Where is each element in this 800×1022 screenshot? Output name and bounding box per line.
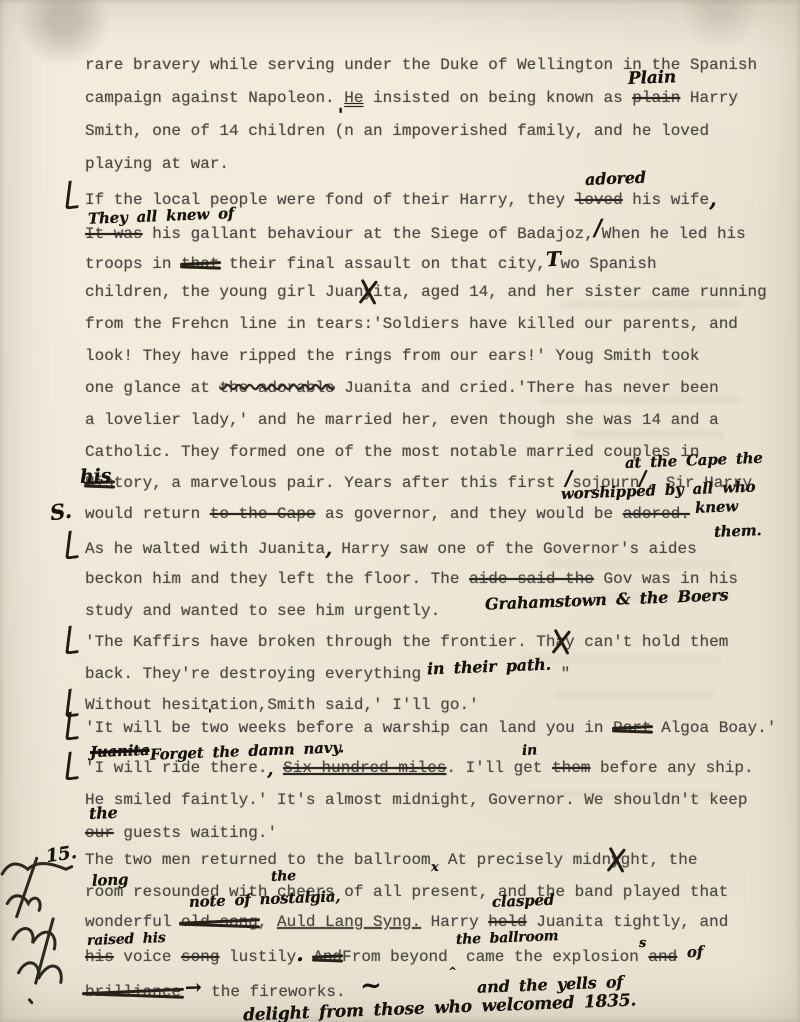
typed-text: guests waiting.' — [114, 824, 277, 842]
typescript-line: study and wanted to see him urgently.Gra… — [85, 600, 729, 624]
handwritten-annotation: x — [430, 861, 438, 874]
typescript-line: them. — [714, 521, 761, 545]
typed-text-edited: held — [488, 913, 526, 931]
typed-text: insisted on being known as — [363, 89, 632, 107]
typed-text: voice — [114, 948, 181, 966]
handwritten-annotation: of — [687, 945, 704, 961]
typescript-line: 15.The two men returned to the ballroomx… — [85, 849, 697, 873]
typed-text: as governor, and they would be — [315, 505, 622, 523]
typed-text: ita, aged 14, and her sister came runnin… — [373, 283, 767, 301]
typed-text: wonderful — [85, 913, 181, 931]
typed-text-edited: It was — [85, 225, 143, 243]
typed-text: At precisely midn — [438, 851, 611, 869]
typed-text: would return — [85, 505, 210, 523]
typed-text: He smiled faintly.' It's almost midnight… — [85, 791, 748, 809]
typed-text: their final assault on that city, — [219, 255, 545, 273]
typed-text-edited: adored. — [623, 505, 690, 523]
typescript-line: As he walted with Juanita, Harry saw one… — [85, 536, 697, 560]
paragraph-mark-icon — [65, 750, 82, 780]
typed-text-edited: that — [181, 253, 219, 275]
typed-text: came the explosion — [456, 948, 638, 966]
typed-text: back. They're destroying everything — [85, 665, 421, 683]
typed-text: playing at war. — [85, 155, 229, 173]
typed-text-edited: them — [552, 759, 590, 777]
typescript-line: 'It will be t'wo weeks before a warship … — [85, 717, 776, 741]
typescript-line: room resounded with thecheers of all pre… — [85, 881, 728, 905]
handwritten-annotation: Plain — [628, 71, 629, 88]
typed-text-edited: old song — [181, 911, 258, 933]
typed-text: Harry saw one of the Governor's aides — [332, 540, 697, 558]
typescript-line: wonderful note of nostalgia,old song, Au… — [85, 911, 728, 935]
typescript-line: from the Frehcn line in tears:'Soldiers … — [85, 313, 738, 337]
typed-text — [274, 759, 284, 777]
typescript-line: raised hishis voice song lustily. AndFro… — [85, 943, 703, 967]
typescript-line: He smiled faintly.' It's almost midnight… — [85, 789, 748, 813]
typed-text: beckon him and they left the floor. The — [85, 570, 469, 588]
typed-text-edited: aide said the — [469, 570, 594, 588]
typed-text: Smith, one of 14 children — [85, 122, 335, 140]
typed-text: From beyond — [342, 948, 448, 966]
typed-text: Without hesitation,Smith said,' I'll go.… — [85, 696, 479, 714]
typescript-line: 'I will ride there., Six hundred miles. … — [85, 757, 754, 781]
typed-text: tory, a marvelous pair. Years after this… — [114, 474, 565, 492]
handwritten-annotation: / — [593, 217, 602, 239]
typed-text: When he led his — [602, 225, 746, 243]
typed-text-edited: Six hundred miles — [283, 759, 446, 777]
typescript-line: children, the young girl Juanyita, aged … — [85, 281, 767, 305]
typed-text: children, the young girl Juan — [85, 283, 363, 301]
typed-text: As he walted with Juanita — [85, 540, 325, 558]
typed-text-edited: brilliance — [85, 981, 181, 1003]
typed-text: Harry — [421, 913, 488, 931]
typed-text: his gallant behaviour at the Siege of Ba… — [143, 225, 594, 243]
handwritten-annotation: the ballroom — [455, 933, 456, 947]
paragraph-mark-icon — [65, 710, 82, 740]
typescript-line: Without hesitation,Smith said,' I'll go.… — [85, 694, 479, 718]
typed-text-edited: Auld Lang Syng. — [277, 913, 421, 931]
margin-annotation: S. — [49, 500, 73, 524]
handwritten-annotation: them. — [714, 523, 762, 540]
typed-text: look! They have ripped the rings from ou… — [85, 347, 700, 365]
typed-text-edited: y — [363, 281, 373, 303]
paragraph-mark-icon — [65, 179, 82, 209]
typed-text-edited: He — [344, 89, 363, 107]
typed-text-edited: a — [555, 631, 565, 653]
handwritten-annotation: note of nostalgia, — [189, 895, 190, 910]
typed-text — [677, 948, 687, 966]
typed-text: Algoa Boay.' — [652, 719, 777, 737]
handwritten-annotation: ~ — [359, 973, 382, 1000]
handwritten-annotation: clasped — [492, 895, 493, 910]
typed-text: y can't hold them — [565, 633, 728, 651]
handwritten-annotation: adored — [584, 172, 585, 188]
typed-text: 'I will ride there. — [85, 759, 267, 777]
handwritten-annotation: knew — [695, 499, 739, 516]
typescript-line: delight from those who welcomed 1835. — [243, 998, 636, 1022]
typescript-line: look! They have ripped the rings from ou… — [85, 345, 700, 369]
typed-text-edited: and — [648, 948, 677, 966]
typed-text-edited: y — [611, 849, 621, 871]
typed-text: study and wanted to see him urgently. — [85, 602, 440, 620]
typed-text: , — [258, 913, 277, 931]
handwritten-annotation: → — [185, 977, 202, 998]
handwritten-annotation: ' — [337, 107, 338, 125]
typed-text: (n an impoverished family, and he loved — [335, 122, 709, 140]
handwritten-annotation: . — [296, 943, 304, 965]
typed-text-edited: our — [85, 824, 114, 842]
typescript-line: playing at war. — [85, 153, 229, 177]
typescript-line: 'The Kaffirs have broken through the fro… — [85, 631, 728, 655]
typed-text: troops in — [85, 255, 181, 273]
handwritten-annotation: his — [79, 468, 80, 487]
typed-text: 'It will be t — [85, 719, 210, 737]
handwritten-annotation: in their path. — [427, 657, 551, 678]
typed-text: Catholic. They formed one of the most no… — [85, 443, 700, 461]
handwritten-annotation: , — [267, 761, 274, 779]
typed-text: wo weeks before a warship can land you i… — [210, 719, 613, 737]
handwritten-annotation: the — [89, 806, 90, 822]
typescript-line: back. They're destroying everythingin th… — [85, 663, 570, 687]
typed-text-edited: song — [181, 948, 219, 966]
handwritten-annotation: , — [325, 538, 333, 558]
handwritten-annotation: the — [271, 870, 272, 884]
typescript-line: one glance at the adorable Juanita and c… — [85, 377, 719, 401]
typed-text: Juanita and cried.'There has never been — [335, 379, 719, 397]
handwritten-annotation: , — [709, 188, 717, 210]
handwritten-annotation: ' — [208, 708, 209, 722]
typed-text: The two men returned to the ballroom — [85, 851, 431, 869]
typed-text: campaign against Napoleon. — [85, 89, 344, 107]
typed-text: ght, the — [621, 851, 698, 869]
typed-text-edited: plain — [632, 89, 680, 107]
typescript-line: It was his gallant behaviour at the Sieg… — [85, 220, 746, 244]
handwritten-annotation: in — [522, 744, 523, 758]
typed-text-edited: And — [313, 946, 342, 968]
manuscript-page: rare bravery while serving under the Duk… — [0, 0, 800, 1022]
typed-text: one glance at — [85, 379, 219, 397]
paragraph-mark-icon — [65, 624, 82, 654]
typed-text: . I'll get — [446, 759, 552, 777]
typescript-line: troops in that their final assault on th… — [85, 251, 657, 275]
typescript-line: a lovelier lady,' and he married her, ev… — [85, 409, 719, 433]
typescript-line: campaign against Napoleon. He insisted o… — [85, 87, 738, 111]
typed-text: his wife — [623, 191, 709, 209]
typed-text: Harry — [680, 89, 738, 107]
typed-text-edited: loved — [575, 191, 623, 209]
typed-text: from the Frehcn line in tears:'Soldiers … — [85, 315, 738, 333]
typed-text-edited: Port — [613, 717, 651, 739]
typed-text: wo Spanish — [561, 255, 657, 273]
typed-text: lustily — [219, 948, 296, 966]
typed-text: before any ship. — [590, 759, 753, 777]
typescript-line: S.would return to the Cape as governor, … — [85, 503, 738, 527]
typescript-line: Catholic. They formed one of the most no… — [85, 441, 700, 465]
typed-text-edited: the adorable — [219, 379, 334, 397]
typed-text-edited: to the Cape — [210, 505, 316, 523]
handwritten-annotation: T — [545, 249, 560, 270]
handwritten-annotation: at the Cape the — [625, 456, 626, 471]
handwritten-annotation: ‸ — [448, 957, 457, 969]
typescript-line: Smith, one of 14 children '(n an impover… — [85, 120, 709, 144]
typed-text: " — [551, 665, 570, 683]
margin-ink-scribble — [0, 844, 94, 1012]
paragraph-mark-icon — [65, 529, 82, 559]
typescript-line: theour guests waiting.' — [85, 822, 277, 846]
handwritten-annotation: worshipped by all who — [560, 487, 561, 502]
typed-text: a lovelier lady,' and he married her, ev… — [85, 411, 719, 429]
typed-text: 'The Kaffirs have broken through the fro… — [85, 633, 555, 651]
